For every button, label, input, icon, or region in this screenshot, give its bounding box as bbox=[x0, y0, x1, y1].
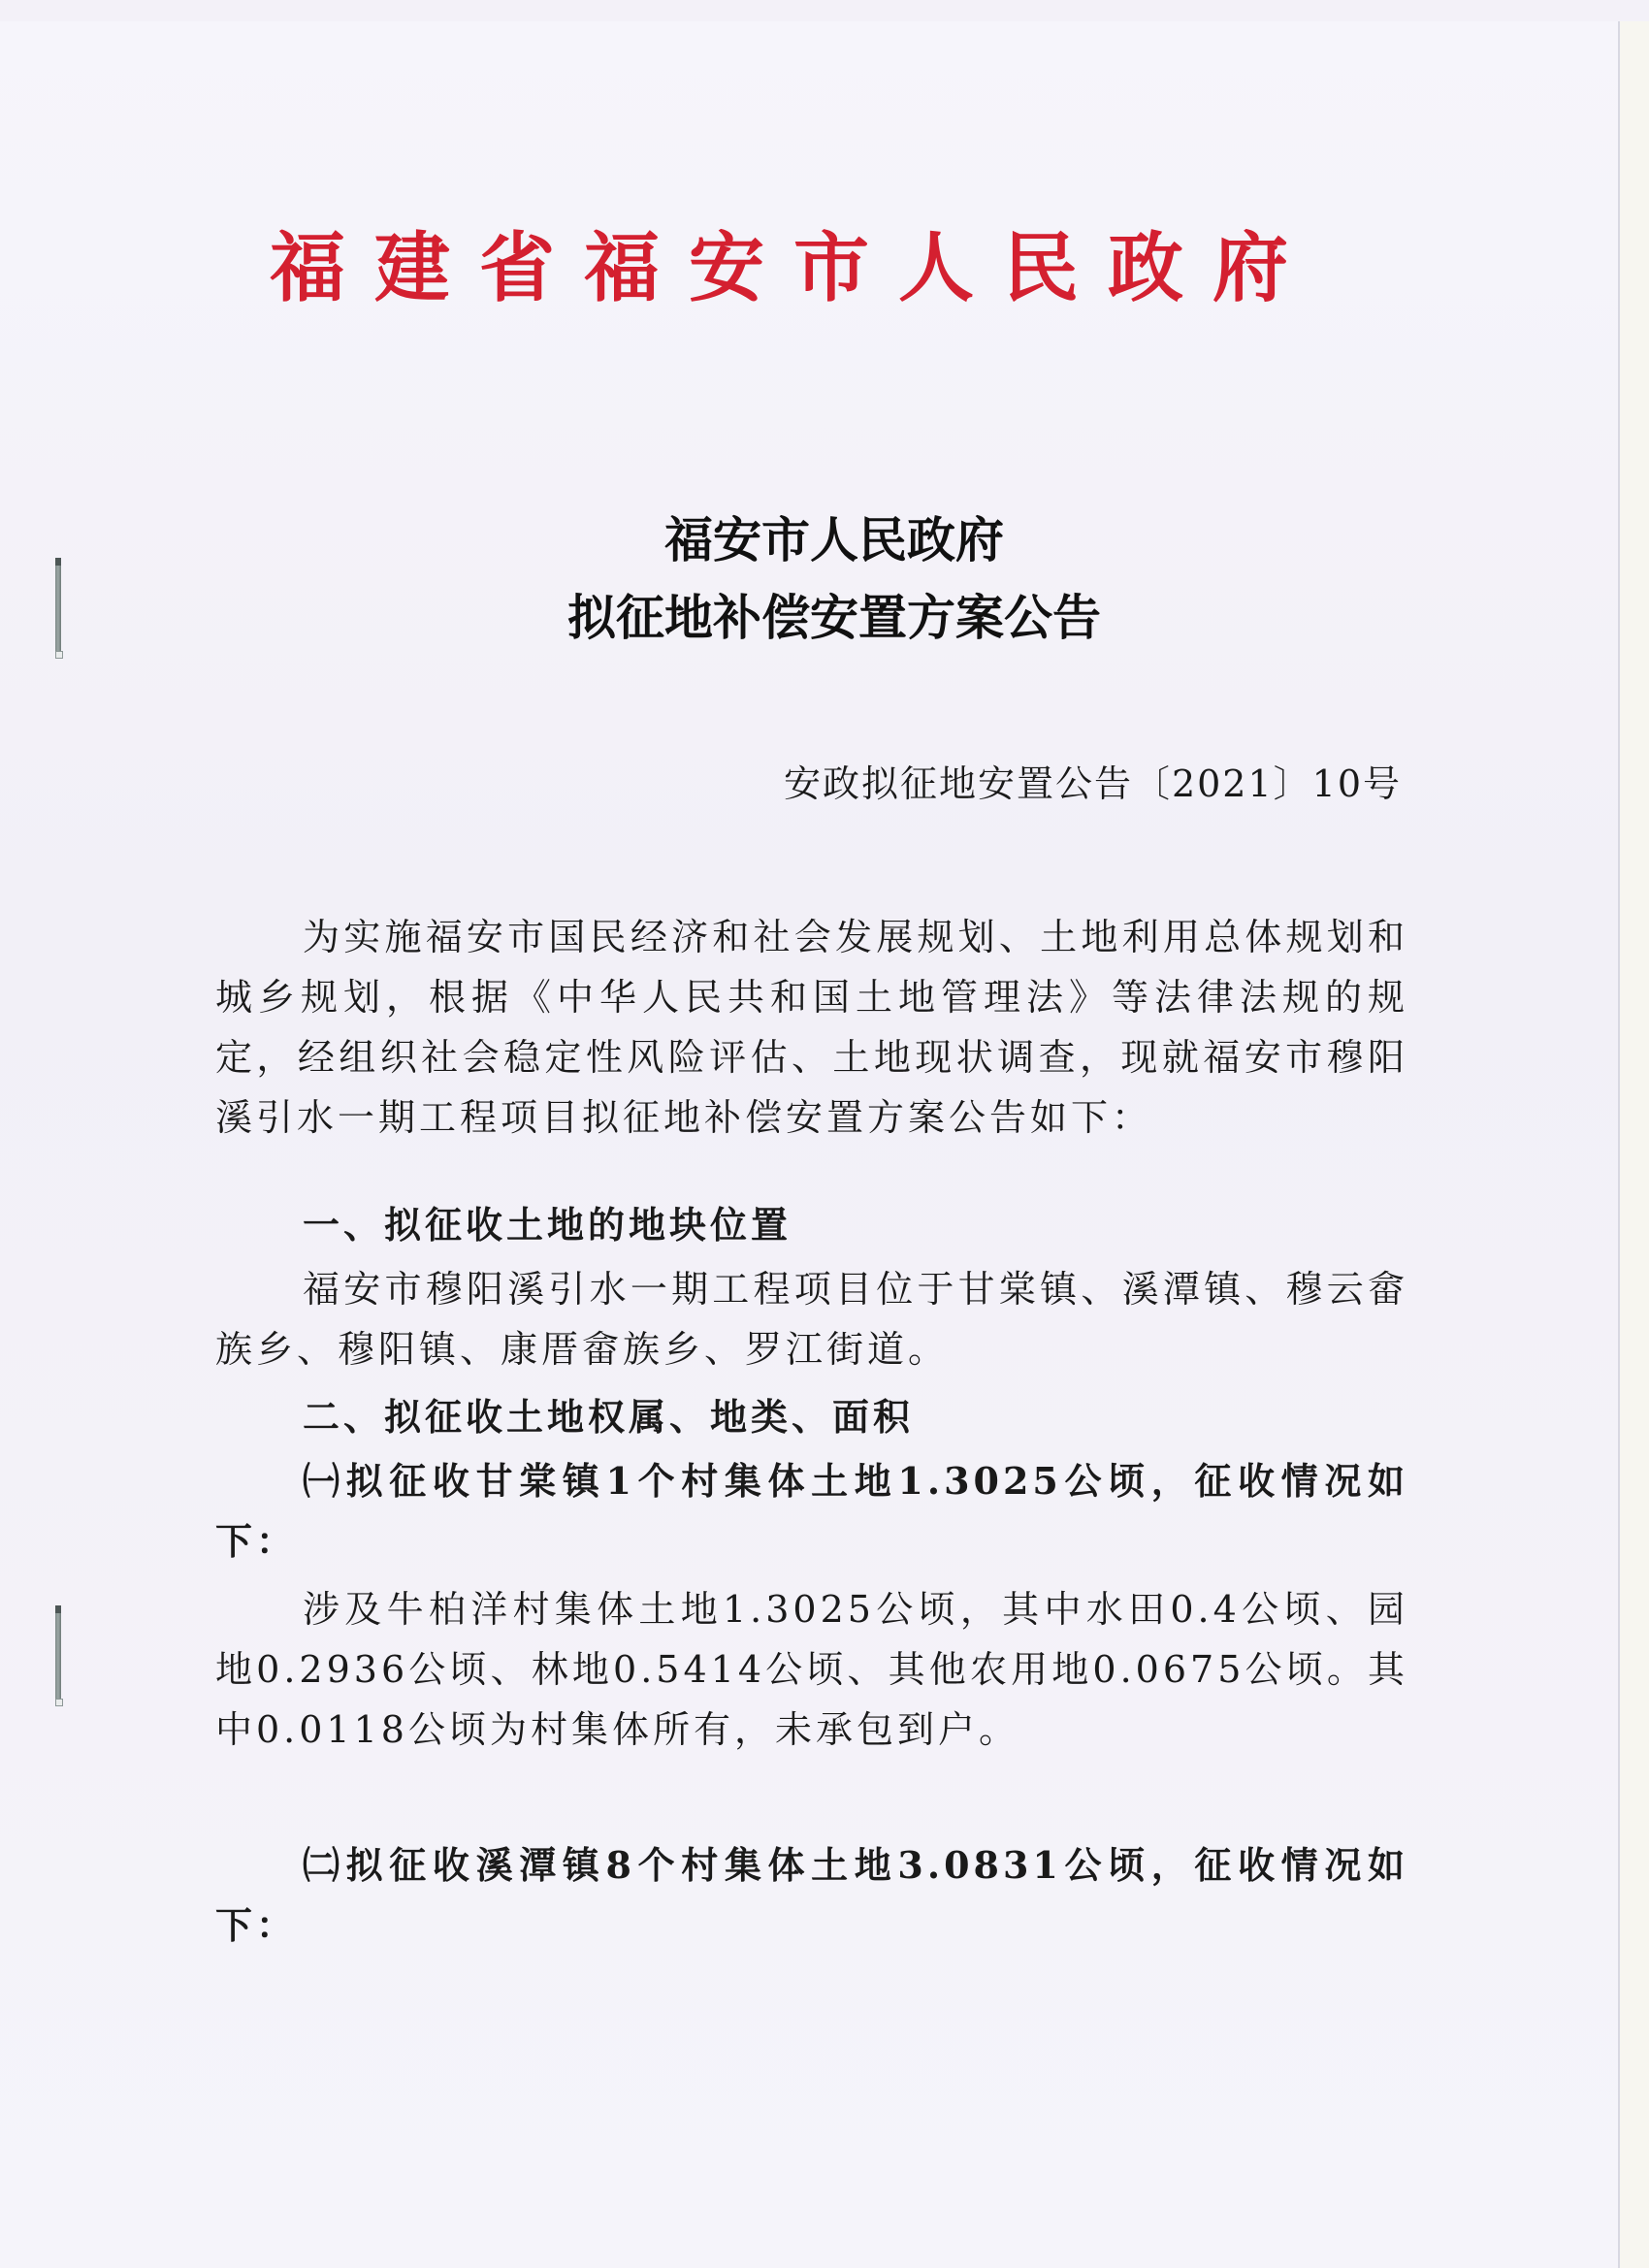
section1-body: 福安市穆阳溪引水一期工程项目位于甘棠镇、溪潭镇、穆云畲族乡、穆阳镇、康厝畲族乡、… bbox=[215, 1259, 1408, 1379]
subsection1-text: 涉及牛柏洋村集体土地1.3025公顷，其中水田0.4公顷、园地0.2936公顷、… bbox=[215, 1579, 1408, 1760]
intro-text: 为实施福安市国民经济和社会发展规划、土地利用总体规划和城乡规划，根据《中华人民共… bbox=[215, 907, 1408, 1148]
section2-heading: 二、拟征收土地权属、地类、面积 bbox=[215, 1387, 1408, 1447]
subsection1-body: 涉及牛柏洋村集体土地1.3025公顷，其中水田0.4公顷、园地0.2936公顷、… bbox=[215, 1579, 1408, 1760]
section1: 一、拟征收土地的地块位置 bbox=[215, 1195, 1408, 1255]
intro-paragraph: 为实施福安市国民经济和社会发展规划、土地利用总体规划和城乡规划，根据《中华人民共… bbox=[215, 907, 1408, 1148]
section2: 二、拟征收土地权属、地类、面积 bbox=[215, 1387, 1408, 1447]
letterhead-title: 福建省福安市人民政府 bbox=[270, 231, 1375, 307]
notice-title-line2: 拟征地补偿安置方案公告 bbox=[25, 594, 1643, 642]
staple-bottom-icon bbox=[55, 1605, 61, 1702]
section1-heading: 一、拟征收土地的地块位置 bbox=[215, 1195, 1408, 1255]
section1-text: 福安市穆阳溪引水一期工程项目位于甘棠镇、溪潭镇、穆云畲族乡、穆阳镇、康厝畲族乡、… bbox=[215, 1259, 1408, 1379]
subsection1-heading: ㈠拟征收甘棠镇1个村集体土地1.3025公顷，征收情况如下： bbox=[215, 1451, 1408, 1571]
subsection1: ㈠拟征收甘棠镇1个村集体土地1.3025公顷，征收情况如下： bbox=[215, 1451, 1408, 1571]
subsection2-heading: ㈡拟征收溪潭镇8个村集体土地3.0831公顷，征收情况如下： bbox=[215, 1835, 1408, 1956]
page-edge bbox=[1620, 21, 1649, 2268]
document-number: 安政拟征地安置公告〔2021〕10号 bbox=[784, 754, 1402, 807]
notice-title-line1: 福安市人民政府 bbox=[25, 516, 1643, 565]
subsection2: ㈡拟征收溪潭镇8个村集体土地3.0831公顷，征收情况如下： bbox=[215, 1835, 1408, 1956]
